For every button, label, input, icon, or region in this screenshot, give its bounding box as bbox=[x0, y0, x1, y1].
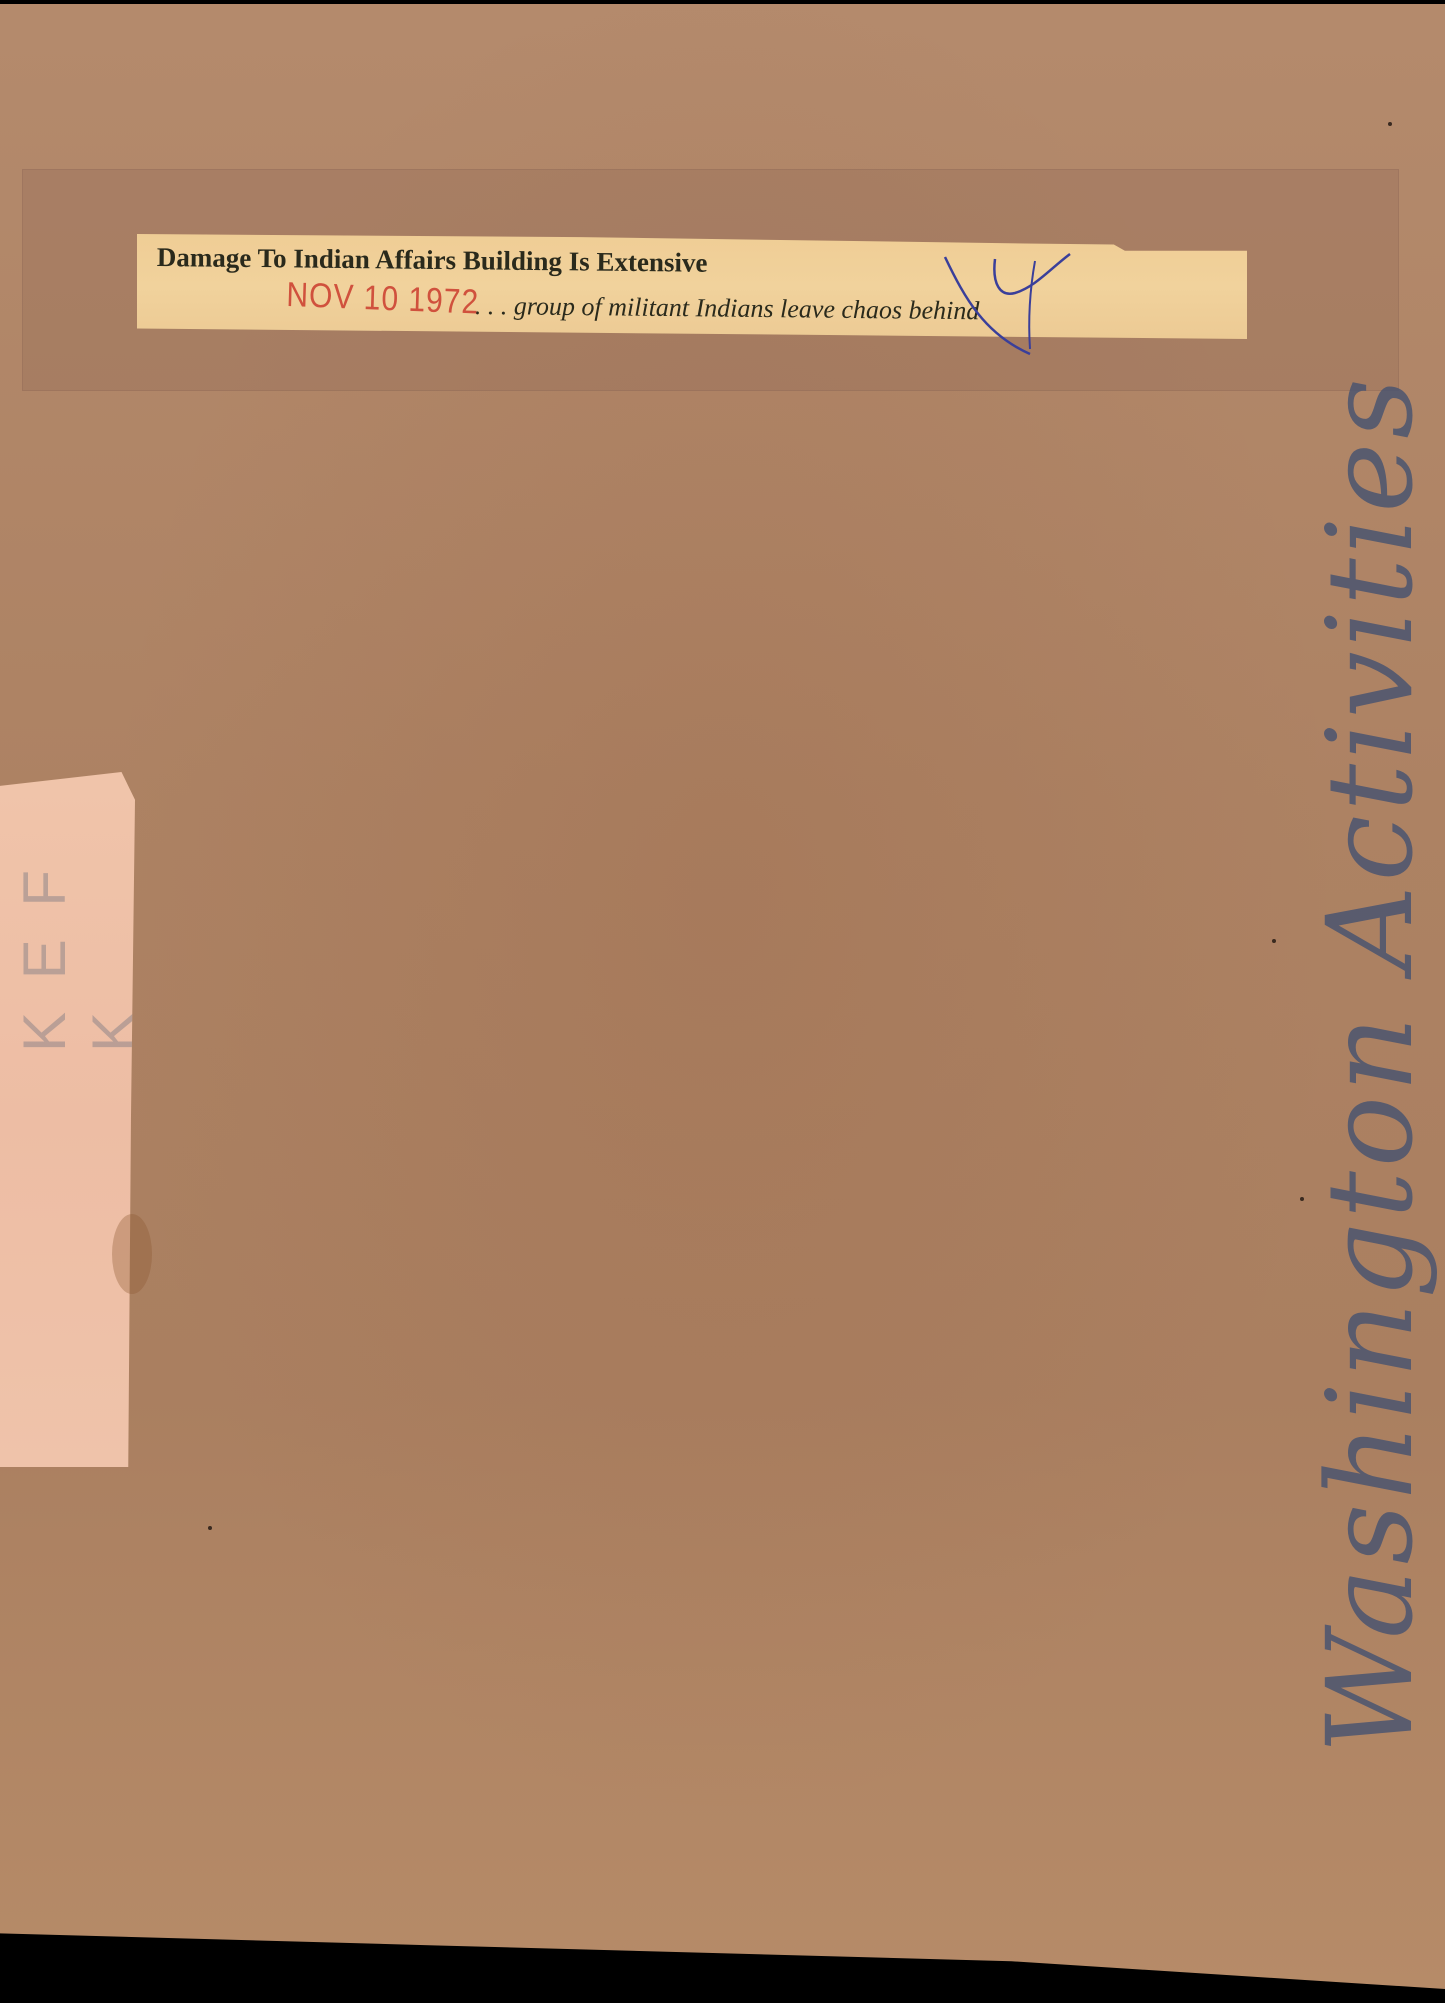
speck bbox=[1388, 122, 1392, 126]
speck bbox=[1272, 939, 1276, 943]
speck bbox=[208, 1526, 212, 1530]
stain-mark bbox=[112, 1214, 152, 1294]
handwritten-label: Washington Activities bbox=[1305, 444, 1435, 1684]
speck bbox=[1300, 1197, 1304, 1201]
clipping-headline: Damage To Indian Affairs Building Is Ext… bbox=[157, 242, 708, 279]
check-mark-icon bbox=[940, 249, 1090, 359]
clipping-subheadline: . . . group of militant Indians leave ch… bbox=[475, 291, 980, 326]
side-index-tab: K E F K bbox=[0, 772, 135, 1467]
tab-stamp-label: K E F K bbox=[10, 792, 90, 1052]
folder-background: Damage To Indian Affairs Building Is Ext… bbox=[0, 4, 1445, 1989]
handwritten-label-text: Washington Activities bbox=[1301, 374, 1439, 1754]
date-stamp: NOV 10 1972 bbox=[286, 276, 480, 323]
